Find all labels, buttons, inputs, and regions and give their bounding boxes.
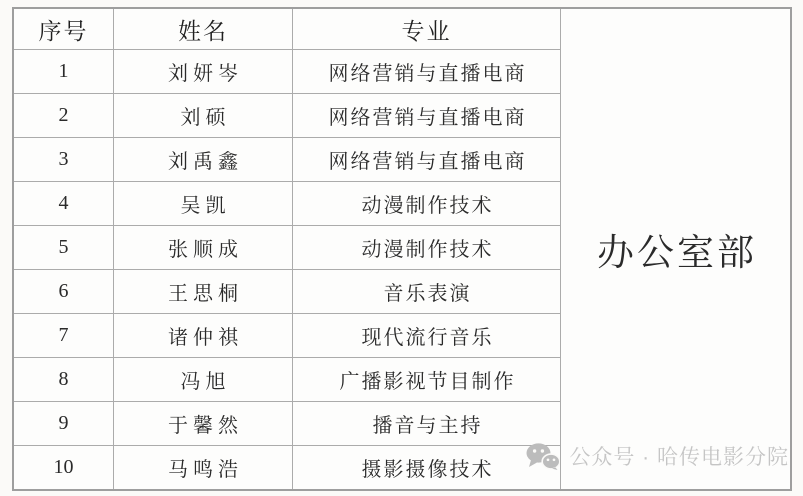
cell-major: 网络营销与直播电商 [293,50,561,94]
cell-name: 马鸣浩 [114,446,293,491]
cell-major: 音乐表演 [293,270,561,314]
cell-name: 冯旭 [114,358,293,402]
cell-no: 7 [13,314,114,358]
cell-no: 6 [13,270,114,314]
cell-no: 5 [13,226,114,270]
cell-name: 吴凯 [114,182,293,226]
cell-name: 于馨然 [114,402,293,446]
student-roster-table: 序号 姓名 专业 办公室部 1 刘妍岑 网络营销与直播电商 2 刘硕 网络营销与… [12,7,792,491]
cell-name: 刘妍岑 [114,50,293,94]
cell-major: 播音与主持 [293,402,561,446]
cell-major: 网络营销与直播电商 [293,138,561,182]
cell-no: 10 [13,446,114,491]
cell-major: 动漫制作技术 [293,182,561,226]
cell-name: 诸仲祺 [114,314,293,358]
table-header-row: 序号 姓名 专业 办公室部 [13,8,791,50]
header-name: 姓名 [114,8,293,50]
cell-no: 2 [13,94,114,138]
cell-no: 1 [13,50,114,94]
cell-major: 动漫制作技术 [293,226,561,270]
cell-major: 摄影摄像技术 [293,446,561,491]
cell-name: 刘硕 [114,94,293,138]
header-major: 专业 [293,8,561,50]
cell-no: 3 [13,138,114,182]
department-merged-cell: 办公室部 [561,8,792,490]
cell-name: 张顺成 [114,226,293,270]
header-no: 序号 [13,8,114,50]
cell-no: 8 [13,358,114,402]
cell-no: 9 [13,402,114,446]
cell-major: 网络营销与直播电商 [293,94,561,138]
cell-major: 广播影视节目制作 [293,358,561,402]
cell-name: 刘禹鑫 [114,138,293,182]
cell-major: 现代流行音乐 [293,314,561,358]
cell-no: 4 [13,182,114,226]
cell-name: 王思桐 [114,270,293,314]
